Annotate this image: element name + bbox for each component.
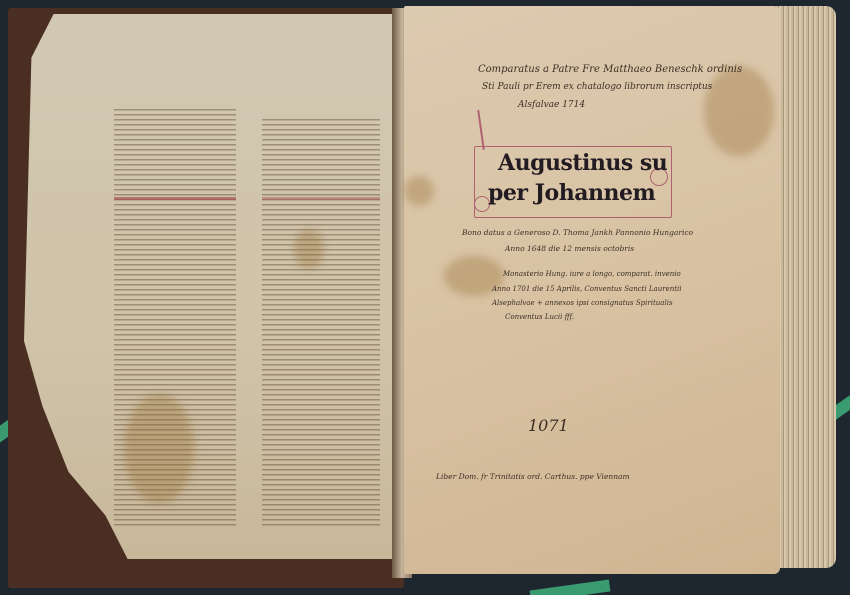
acquisition-note-line2: Sti Pauli pr Erem ex chatalogo librorum … (482, 82, 712, 92)
page-edges (776, 6, 836, 568)
title-line-2: per Johannem (488, 180, 655, 206)
water-stain (294, 229, 324, 269)
left-manuscript-page (24, 14, 394, 559)
rubric-line (114, 197, 236, 200)
text-column-2 (262, 119, 380, 529)
transfer-note-line4: Conventus Lucii fff. (505, 313, 574, 321)
transfer-note-line2: Anno 1701 die 15 Aprilis, Conventus Sanc… (492, 285, 682, 293)
title-line-1: Augustinus su (498, 150, 667, 176)
background-green-stripe (530, 579, 611, 595)
ownership-note: Liber Dom. fr Trinitatis ord. Carthus. p… (436, 472, 630, 481)
transfer-note-line3: Alsephalvae + annexos ipsi consignatus S… (492, 299, 673, 307)
transfer-note-line1: Monasterio Hung. iure a longo, comparat.… (503, 270, 681, 278)
water-stain (124, 394, 194, 504)
shelf-number: 1071 (528, 416, 569, 435)
acquisition-note-line1: Comparatus a Patre Fre Matthaeo Beneschk… (478, 64, 742, 75)
rubric-line (262, 197, 380, 200)
water-stain (704, 66, 774, 156)
water-stain (404, 176, 434, 206)
donation-note-line2: Anno 1648 die 12 mensis octobris (505, 244, 634, 253)
acquisition-note-line3: Alsfalvae 1714 (518, 100, 585, 110)
donation-note-line1: Bono datus a Generoso D. Thoma Jankh Pan… (462, 228, 693, 237)
